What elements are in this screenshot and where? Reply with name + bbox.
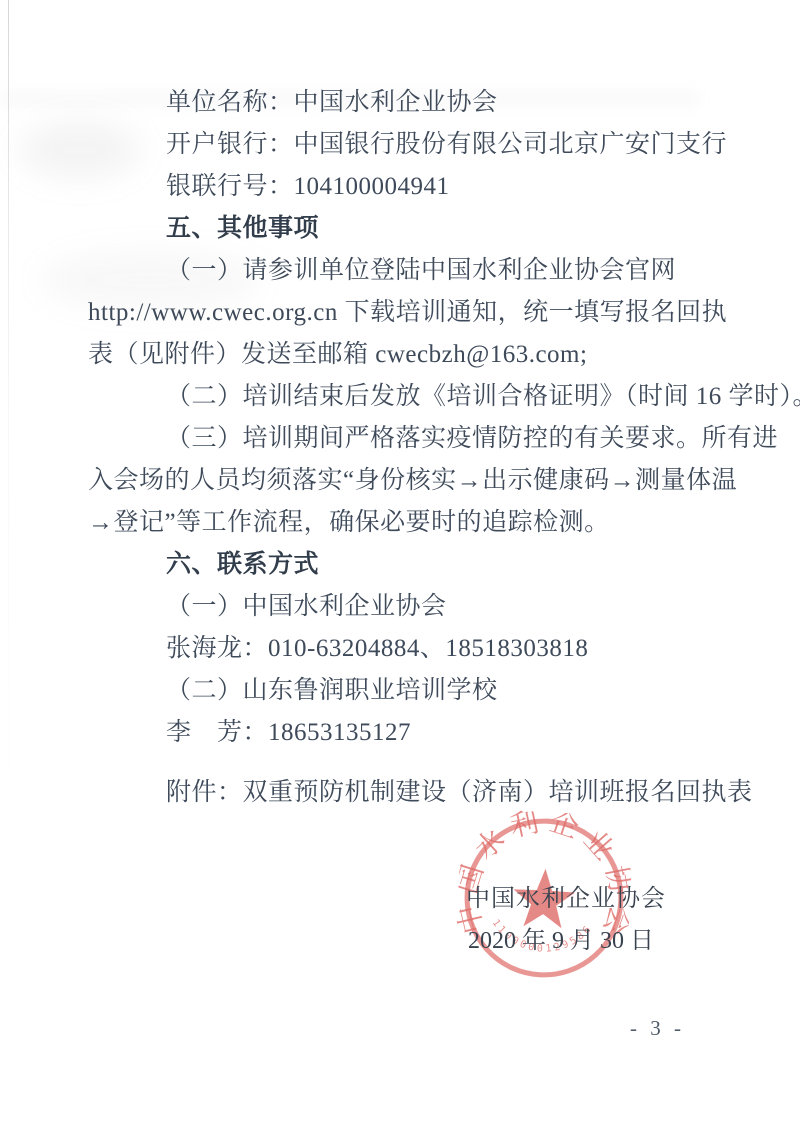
text-line-4: 五、其他事项 [88, 208, 748, 250]
page-number: - 3 - [630, 1016, 685, 1041]
text-line-7: 表（见附件）发送至邮箱 cwecbzh@163.com; [88, 334, 748, 376]
text-line-11: →登记”等工作流程，确保必要时的追踪检测。 [88, 502, 748, 544]
scanned-document-page: 单位名称：中国水利企业协会开户银行：中国银行股份有限公司北京广安门支行银联行号：… [0, 0, 800, 1132]
text-line-9: （三）培训期间严格落实疫情防控的有关要求。所有进 [88, 418, 748, 460]
text-line-14: 张海龙：010-63204884、18518303818 [88, 628, 748, 670]
text-line-13: （一）中国水利企业协会 [88, 586, 748, 628]
text-line-17: 附件：双重预防机制建设（济南）培训班报名回执表 [88, 772, 748, 814]
text-line-12: 六、联系方式 [88, 544, 748, 586]
text-line-2: 开户银行：中国银行股份有限公司北京广安门支行 [88, 124, 748, 166]
text-line-1: 单位名称：中国水利企业协会 [88, 82, 748, 124]
document-body: 单位名称：中国水利企业协会开户银行：中国银行股份有限公司北京广安门支行银联行号：… [88, 82, 748, 814]
text-line-8: （二）培训结束后发放《培训合格证明》（时间 16 学时）。 [88, 376, 748, 418]
signature-org-name: 中国水利企业协会 [466, 878, 666, 913]
text-line-5: （一）请参训单位登陆中国水利企业协会官网 [88, 250, 748, 292]
signature-date: 2020 年 9 月 30 日 [468, 920, 654, 955]
text-line-6: http://www.cwec.org.cn 下载培训通知，统一填写报名回执 [88, 292, 748, 334]
text-line-10: 入会场的人员均须落实“身份核实→出示健康码→测量体温 [88, 460, 748, 502]
text-line-3: 银联行号：104100004941 [88, 166, 748, 208]
scan-edge-line [8, 0, 9, 1132]
text-line-16: 李 芳：18653135127 [88, 712, 748, 754]
text-line-15: （二）山东鲁润职业培训学校 [88, 670, 748, 712]
